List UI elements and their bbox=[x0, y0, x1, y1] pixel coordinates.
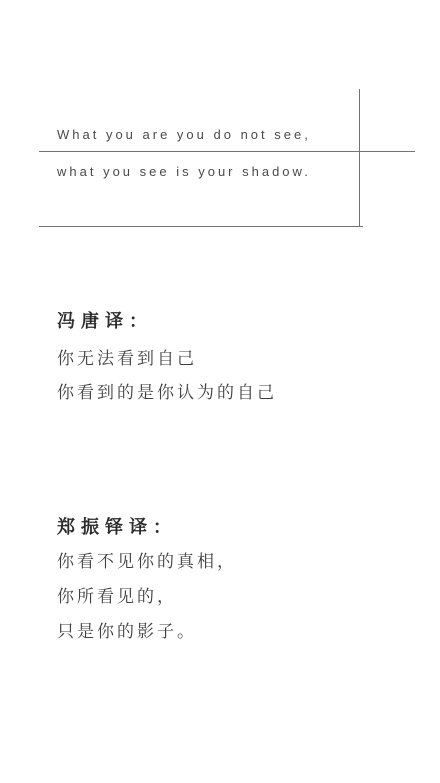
fengtang-translation-line-2: 你看到的是你认为的自己 bbox=[57, 384, 277, 401]
zhengzhenduo-translation-line-2: 你所看见的， bbox=[57, 588, 177, 605]
translator-label-zhengzhenduo: 郑振铎译： bbox=[57, 518, 177, 536]
quote-card: What you are you do not see, what you se… bbox=[0, 0, 440, 783]
zhengzhenduo-translation-line-3: 只是你的影子。 bbox=[57, 623, 197, 640]
english-quote-line-2: what you see is your shadow. bbox=[57, 165, 311, 178]
horizontal-divider-line-bottom bbox=[39, 226, 363, 227]
zhengzhenduo-translation-line-1: 你看不见你的真相， bbox=[57, 553, 237, 570]
translator-label-fengtang: 冯唐译： bbox=[57, 312, 153, 330]
vertical-divider-line bbox=[359, 89, 360, 227]
horizontal-divider-line-middle bbox=[39, 151, 415, 152]
english-quote-line-1: What you are you do not see, bbox=[57, 128, 311, 141]
fengtang-translation-line-1: 你无法看到自己 bbox=[57, 350, 197, 367]
